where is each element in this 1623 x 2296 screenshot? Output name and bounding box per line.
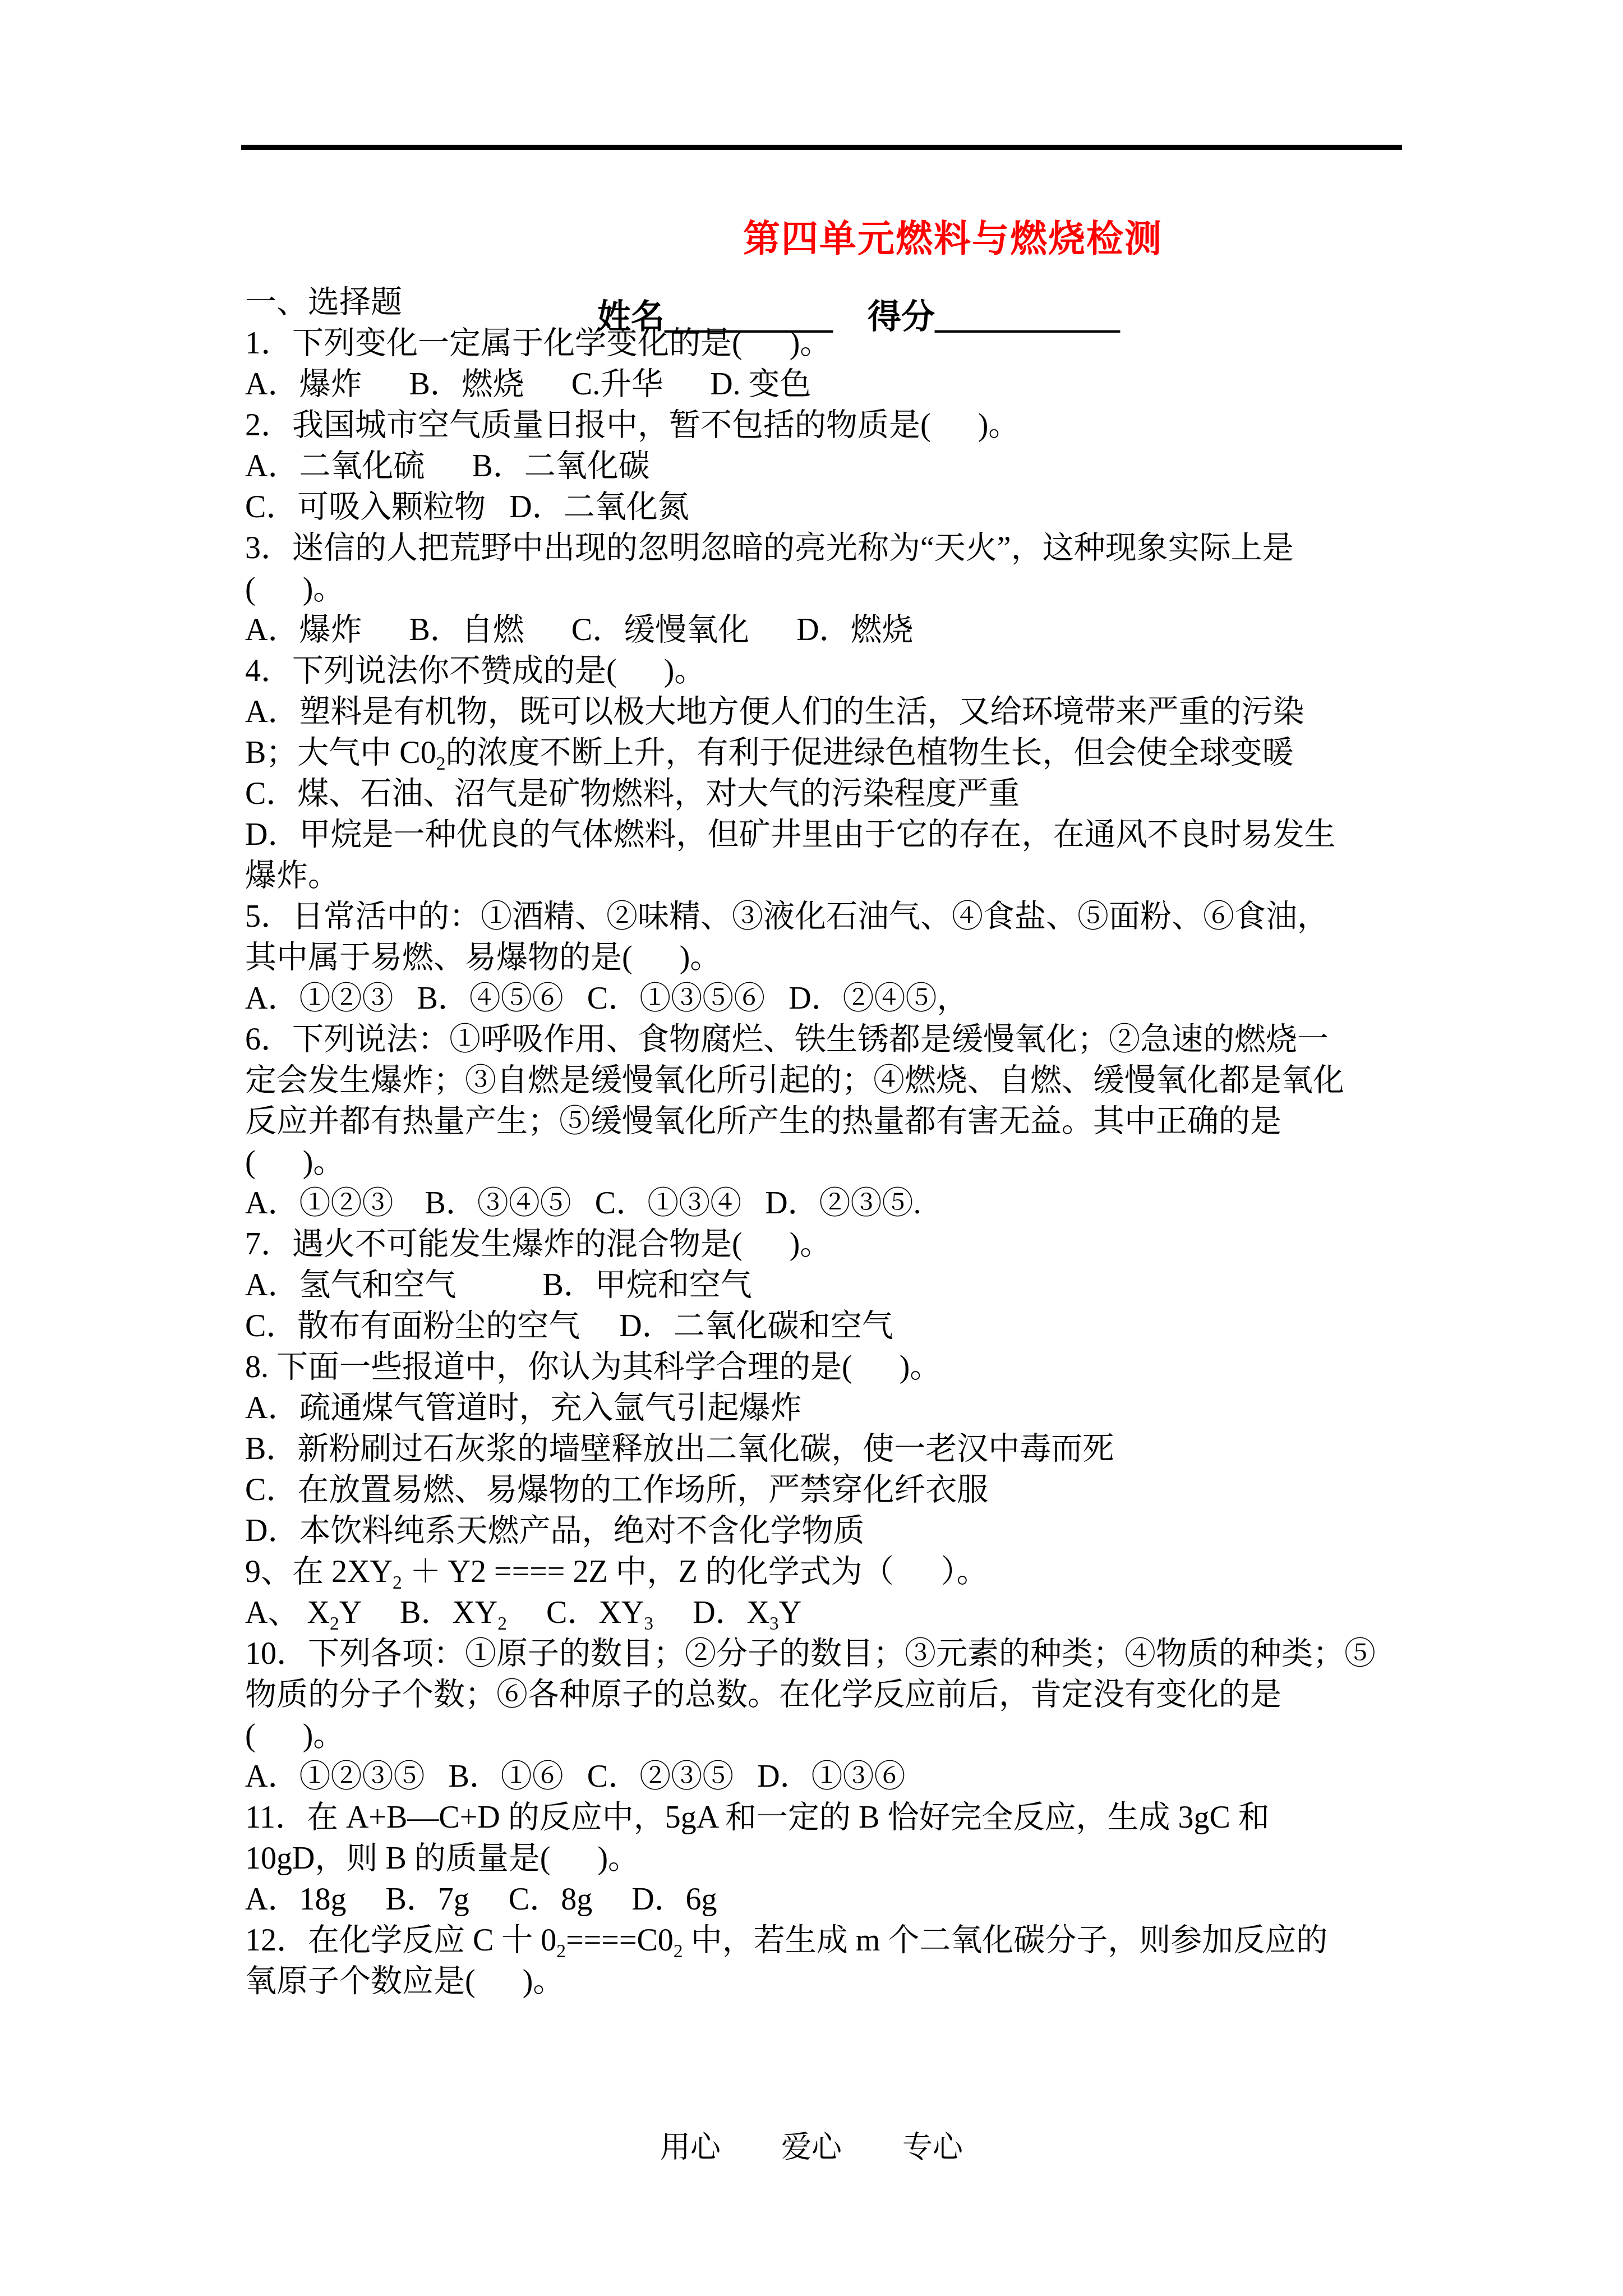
question-line: ( )。 (245, 1142, 1389, 1183)
footer: 用心爱心专心 (0, 2123, 1623, 2166)
question-line: 2．我国城市空气质量日报中，暂不包括的物质是( )。 (245, 405, 1389, 446)
question-list: 一、选择题 1．下列变化一定属于化学变化的是( )。A．爆炸 B．燃烧 C.升华… (245, 282, 1389, 2002)
question-line: 物质的分子个数；⑥各种原子的总数。在化学反应前后，肯定没有变化的是 (245, 1674, 1389, 1715)
question-line: A．塑料是有机物，既可以极大地方便人们的生活，又给环境带来严重的污染 (245, 692, 1389, 733)
header-rule (241, 145, 1402, 150)
section-heading: 一、选择题 (245, 282, 1389, 323)
question-line: A．18g B．7g C．8g D．6g (245, 1879, 1389, 1920)
question-line: A．爆炸 B．燃烧 C.升华 D. 变色 (245, 364, 1389, 405)
question-line: B．新粉刷过石灰浆的墙壁释放出二氧化碳，使一老汉中毒而死 (245, 1429, 1389, 1470)
question-line: A、 X2Y B．XY2 C．XY3 D．X3Y (245, 1593, 1389, 1634)
question-line: ( )。 (245, 569, 1389, 610)
question-line: 氧原子个数应是( )。 (245, 1961, 1389, 2002)
footer-item: 用心 (660, 2123, 721, 2166)
question-line: 10．下列各项：①原子的数目；②分子的数目；③元素的种类；④物质的种类；⑤ (245, 1634, 1389, 1674)
question-line: A．①②③ B．③④⑤ C．①③④ D．②③⑤. (245, 1183, 1389, 1224)
question-line: 反应并都有热量产生；⑤缓慢氧化所产生的热量都有害无益。其中正确的是 (245, 1101, 1389, 1142)
question-line: 5．日常活中的：①酒精、②味精、③液化石油气、④食盐、⑤面粉、⑥食油， (245, 896, 1389, 937)
footer-item: 专心 (902, 2123, 963, 2166)
question-line: A．二氧化硫 B．二氧化碳 (245, 446, 1389, 487)
question-line: C．在放置易燃、易爆物的工作场所，严禁穿化纤衣服 (245, 1470, 1389, 1511)
question-line: A．氢气和空气 B．甲烷和空气 (245, 1265, 1389, 1306)
question-line: ( )。 (245, 1715, 1389, 1756)
question-line: A．①②③⑤ B．①⑥ C．②③⑤ D．①③⑥ (245, 1756, 1389, 1797)
question-line: D．甲烷是一种优良的气体燃料，但矿井里由于它的存在，在通风不良时易发生 (245, 815, 1389, 855)
question-line: 爆炸。 (245, 855, 1389, 896)
question-line: C．煤、石油、沼气是矿物燃料，对大气的污染程度严重 (245, 774, 1389, 815)
question-line: 11．在 A+B—C+D 的反应中，5gA 和一定的 B 恰好完全反应，生成 3… (245, 1797, 1389, 1838)
document-page: 第四单元燃料与燃烧检测 姓名__________得分___________ 一、… (0, 0, 1623, 2296)
question-line: 9、在 2XY2 ＋ Y2 ==== 2Z 中，Z 的化学式为（ ）。 (245, 1552, 1389, 1593)
question-line: C．可吸入颗粒物 D．二氧化氮 (245, 487, 1389, 528)
question-line: A．疏通煤气管道时，充入氩气引起爆炸 (245, 1388, 1389, 1429)
question-line: 10gD，则 B 的质量是( )。 (245, 1838, 1389, 1879)
question-line: A．①②③ B．④⑤⑥ C．①③⑤⑥ D．②④⑤， (245, 978, 1389, 1019)
question-line: 6．下列说法：①呼吸作用、食物腐烂、铁生锈都是缓慢氧化；②急速的燃烧一 (245, 1019, 1389, 1060)
question-line: C．散布有面粉尘的空气 D．二氧化碳和空气 (245, 1306, 1389, 1347)
question-line: 1．下列变化一定属于化学变化的是( )。 (245, 323, 1389, 364)
question-line: 3．迷信的人把荒野中出现的忽明忽暗的亮光称为“天火”，这种现象实际上是 (245, 528, 1389, 569)
question-line: 4．下列说法你不赞成的是( )。 (245, 651, 1389, 692)
question-line: 8. 下面一些报道中，你认为其科学合理的是( )。 (245, 1347, 1389, 1388)
question-line: 12．在化学反应 C 十 02====C02 中，若生成 m 个二氧化碳分子，则… (245, 1920, 1389, 1961)
question-line: B；大气中 C02的浓度不断上升，有利于促进绿色植物生长，但会使全球变暖 (245, 733, 1389, 774)
question-line: 其中属于易燃、易爆物的是( )。 (245, 937, 1389, 978)
question-line: 定会发生爆炸；③自燃是缓慢氧化所引起的；④燃烧、自燃、缓慢氧化都是氧化 (245, 1060, 1389, 1101)
question-line: D．本饮料纯系天燃产品，绝对不含化学物质 (245, 1511, 1389, 1552)
question-line: A．爆炸 B．自燃 C．缓慢氧化 D．燃烧 (245, 610, 1389, 651)
footer-item: 爱心 (781, 2123, 842, 2166)
question-line: 7．遇火不可能发生爆炸的混合物是( )。 (245, 1224, 1389, 1265)
